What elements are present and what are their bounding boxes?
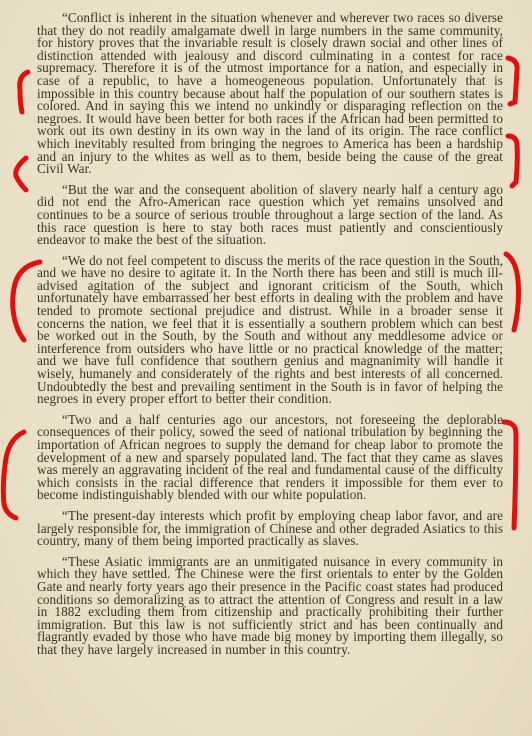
right-bracket-annotation-2 [504,132,524,190]
paragraph-4: “Two and a half centuries ago our ancest… [37,414,503,502]
paragraph-3: “We do not feel competent to discuss the… [37,255,503,406]
left-bracket-annotation-2 [10,154,32,194]
paragraph-6: “These Asiatic immigrants are an unmitig… [37,556,503,657]
right-bracket-annotation-1 [504,54,524,108]
left-bracket-annotation-4 [0,428,30,524]
document-page: “Conflict is inherent in the situation w… [37,12,503,665]
paragraph-1: “Conflict is inherent in the situation w… [37,12,503,176]
right-bracket-annotation-3 [502,250,526,336]
paragraph-5: “The present-day interests which profit … [37,510,503,548]
paragraph-2: “But the war and the consequent abolitio… [37,184,503,247]
left-bracket-annotation-1 [14,68,34,118]
right-bracket-annotation-4 [500,418,524,534]
